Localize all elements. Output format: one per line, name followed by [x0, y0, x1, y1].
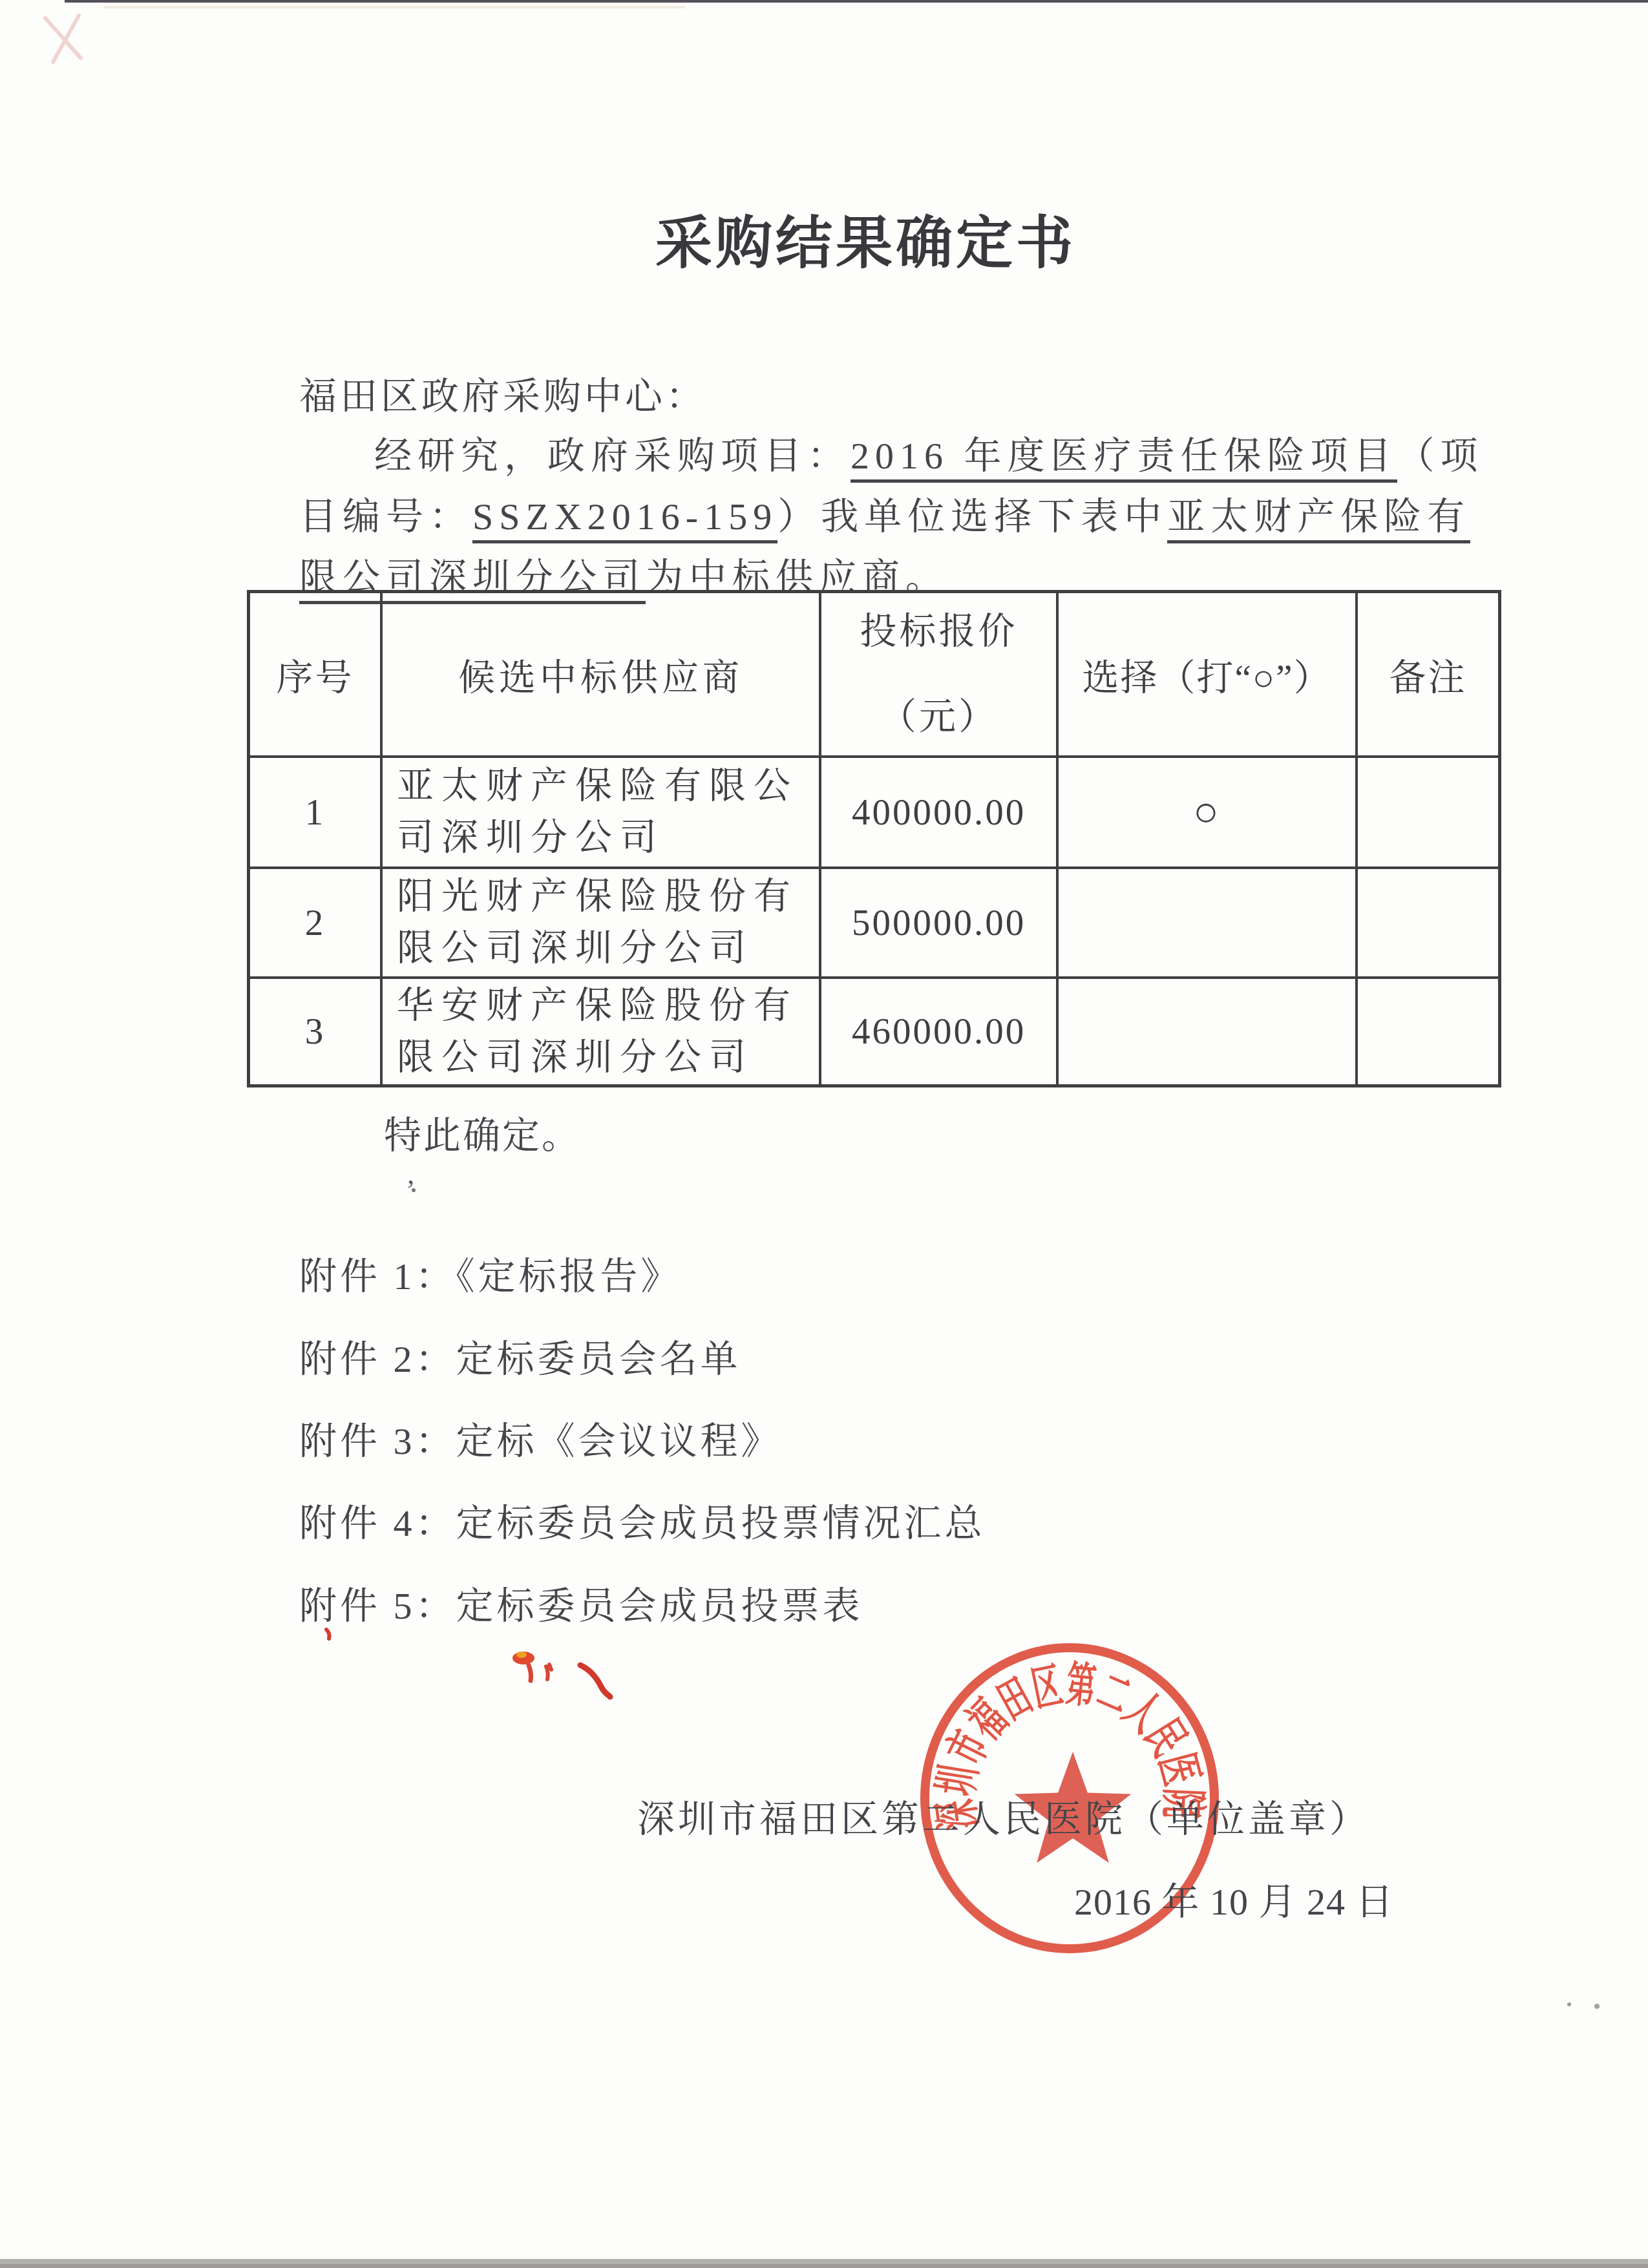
body-line: 经研究，政府采购项目：2016 年度医疗责任保险项目（项 — [299, 425, 1484, 479]
body-segment-underlined: SSZX2016-159 — [472, 496, 777, 543]
pen-scribble-top-left — [45, 16, 81, 62]
document-title: 采购结果确定书 — [655, 198, 1076, 279]
red-ink-blob-core — [516, 1652, 527, 1658]
dust-speck-2 — [1594, 2004, 1600, 2009]
scan-top-edge-line — [65, 0, 1648, 3]
cell-no: 2 — [250, 869, 383, 979]
scan-artifacts-overlay — [0, 0, 1648, 2268]
salutation-line: 福田区政府采购中心： — [299, 366, 706, 420]
col-header-no: 序号 — [250, 593, 383, 758]
scan-bottom-shadow-dark — [0, 2264, 1648, 2268]
cell-price: 400000.00 — [821, 758, 1059, 869]
col-header-note: 备注 — [1358, 593, 1498, 758]
cell-supplier: 亚太财产保险有限公司深圳分公司 — [383, 758, 821, 869]
cell-no: 3 — [250, 979, 383, 1084]
col-header-price: 投标报价 （元） — [821, 593, 1059, 758]
body-line: 目编号：SSZX2016-159）我单位选择下表中亚太财产保险有 — [299, 486, 1470, 540]
attachment-item: 附件 5：定标委员会成员投票表 — [299, 1575, 863, 1630]
red-tick-small — [326, 1630, 330, 1639]
body-segment: 目编号： — [299, 496, 472, 538]
cell-choice — [1059, 869, 1358, 979]
cell-note — [1358, 979, 1498, 1084]
red-ink-drip — [529, 1665, 531, 1681]
bid-table: 序号 候选中标供应商 投标报价 （元） 选择（打“○”） 备注 1亚太财产保险有… — [247, 590, 1501, 1087]
cell-supplier: 华安财产保险股份有限公司深圳分公司 — [383, 979, 821, 1084]
attachment-item: 附件 4：定标委员会成员投票情况汇总 — [299, 1493, 986, 1547]
date-line: 2016 年 10 月 24 日 — [1074, 1871, 1394, 1926]
signature-line: 深圳市福田区第二人民医院（单位盖章） — [637, 1789, 1370, 1843]
stray-tick-mark: ’ — [406, 1173, 416, 1206]
scan-top-faint-band — [103, 6, 685, 8]
cell-note — [1358, 758, 1498, 869]
col-header-supplier: 候选中标供应商 — [383, 593, 821, 758]
cell-choice: ○ — [1059, 758, 1358, 869]
col-header-price-line1: 投标报价 — [860, 589, 1018, 674]
dust-speck-1 — [1567, 2002, 1571, 2006]
attachment-item: 附件 2：定标委员会名单 — [299, 1328, 741, 1383]
col-header-choice: 选择（打“○”） — [1059, 593, 1358, 758]
cell-choice — [1059, 979, 1358, 1084]
attachment-item: 附件 3：定标《会议议程》 — [299, 1411, 782, 1465]
body-segment: ）我单位选择下表中 — [777, 496, 1167, 538]
cell-supplier: 阳光财产保险股份有限公司深圳分公司 — [383, 869, 821, 979]
body-segment-underlined: 亚太财产保险有 — [1167, 496, 1470, 543]
cell-price: 500000.00 — [821, 869, 1059, 979]
red-ink-specks — [546, 1664, 551, 1679]
cell-note — [1358, 869, 1498, 979]
cell-no: 1 — [250, 758, 383, 869]
body-segment: （项 — [1397, 435, 1484, 477]
confirmation-line: 特此确定。 — [384, 1105, 581, 1159]
red-ink-blob — [512, 1652, 534, 1664]
red-pen-squiggle — [580, 1665, 610, 1697]
body-segment-underlined: 2016 年度医疗责任保险项目 — [850, 435, 1397, 483]
body-segment: 经研究，政府采购项目： — [374, 435, 850, 477]
cell-price: 460000.00 — [821, 979, 1059, 1084]
attachment-item: 附件 1：《定标报告》 — [299, 1246, 682, 1300]
col-header-price-line2: （元） — [880, 675, 998, 759]
scanned-document-page: 采购结果确定书 福田区政府采购中心： 经研究，政府采购项目：2016 年度医疗责… — [0, 0, 1648, 2268]
